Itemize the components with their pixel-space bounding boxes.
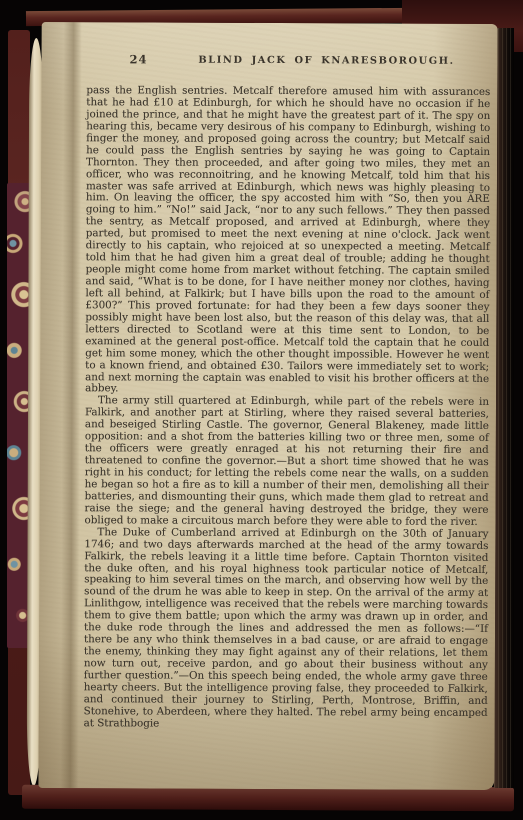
page-header: 24 BLIND JACK OF KNARESBOROUGH.: [41, 52, 497, 70]
gutter-shadow: [60, 22, 81, 788]
paragraph: The army still quartered at Edinburgh, w…: [84, 396, 489, 529]
photo-background: { "palette": { "background": "#060404", …: [0, 0, 523, 820]
book-photo: 24 BLIND JACK OF KNARESBOROUGH. pass the…: [0, 0, 523, 820]
page-text: pass the English sentries. Metcalf there…: [84, 85, 491, 731]
running-header: BLIND JACK OF KNARESBOROUGH.: [166, 55, 486, 67]
paragraph: pass the English sentries. Metcalf there…: [85, 85, 490, 397]
paragraph: The Duke of Cumberland arrived at Edinbu…: [84, 527, 489, 732]
page-number: 24: [129, 52, 147, 66]
book-page: 24 BLIND JACK OF KNARESBOROUGH. pass the…: [38, 22, 497, 790]
